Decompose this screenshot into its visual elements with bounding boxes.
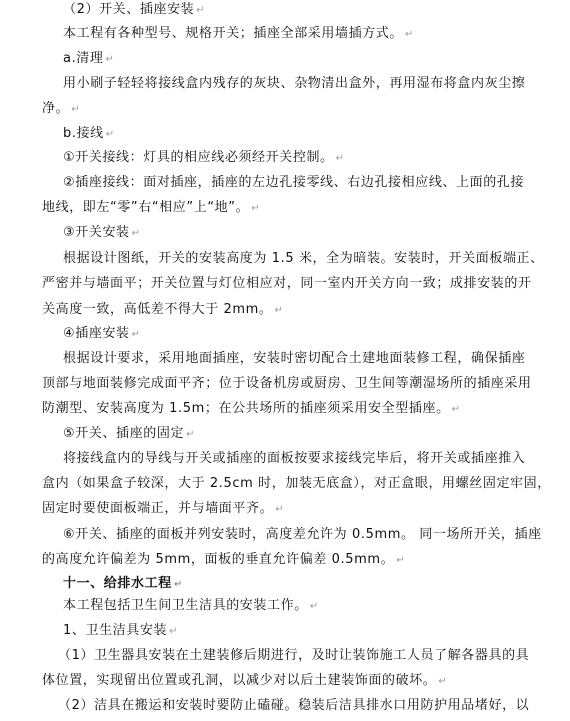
paragraph-mark-icon: ↵ bbox=[196, 5, 204, 16]
paragraph-line: 防潮型、安装高度为 1.5m；在公共场所的插座须采用安全型插座。↵ bbox=[42, 401, 460, 418]
paragraph-line: 根据设计图纸，开关的安装高度为 1.5 米，全为暗装。安装时，开关面板端正、 bbox=[63, 251, 544, 267]
paragraph-line: 将接线盒内的导线与开关或插座的面板按要求接线完毕后，将开关或插座推入 bbox=[63, 451, 525, 467]
line-text: 净。 bbox=[42, 101, 69, 116]
paragraph-line: 顶部与地面装修完成面平齐；位于设备机房或厨房、卫生间等潮湿场所的插座采用 bbox=[42, 376, 532, 392]
line-text: 顶部与地面装修完成面平齐；位于设备机房或厨房、卫生间等潮湿场所的插座采用 bbox=[42, 376, 532, 391]
section-heading-plumbing: 十一、给排水工程↵ bbox=[63, 576, 182, 593]
paragraph-mark-icon: ↵ bbox=[186, 429, 194, 440]
item-heading-switch-install: ③开关安装↵ bbox=[63, 225, 140, 242]
paragraph-mark-icon: ↵ bbox=[275, 305, 283, 316]
paragraph-line: 地线，即左“零”右“相应”上“地”。↵ bbox=[42, 200, 260, 217]
paragraph-mark-icon: ↵ bbox=[174, 579, 182, 590]
paragraph-line: 关高度一致，高低差不得大于 2mm。↵ bbox=[42, 302, 283, 319]
paragraph-line: 体位置，实现留出位置或孔洞，以减少对以后土建装饰面的破坏。↵ bbox=[42, 673, 447, 690]
paragraph-line: 本工程有各种型号、规格开关；插座全部采用墙插方式。↵ bbox=[63, 26, 413, 43]
paragraph-line: （1）卫生器具安装在土建装修后期进行，及时让装饰施工人员了解各器具的具 bbox=[58, 648, 529, 664]
line-text: 将接线盒内的导线与开关或插座的面板按要求接线完毕后，将开关或插座推入 bbox=[63, 451, 525, 466]
line-text: 的高度允许偏差为 5mm，面板的垂直允许偏差 0.5mm。 bbox=[42, 552, 394, 567]
line-text: 固定时要使面板端正，并与墙面平齐。 bbox=[42, 501, 273, 516]
line-text: a.清理 bbox=[63, 51, 104, 66]
line-text: 本工程包括卫生间卫生洁具的安装工作。 bbox=[63, 598, 308, 613]
paragraph-mark-icon: ↵ bbox=[251, 203, 259, 214]
line-text: 体位置，实现留出位置或孔洞，以减少对以后土建装饰面的破坏。 bbox=[42, 673, 436, 688]
paragraph-line: ②插座接线：面对插座，插座的左边孔接零线、右边孔接相应线、上面的孔接 bbox=[63, 175, 524, 191]
paragraph-line: 盒内（如果盒子较深，大于 2.5cm 时，加装无底盒），对正盒眼，用螺丝固定牢固… bbox=[42, 476, 551, 492]
paragraph-mark-icon: ↵ bbox=[132, 329, 140, 340]
paragraph-line: 净。↵ bbox=[42, 101, 80, 118]
line-text: ⑥开关、插座的面板并列安装时，高度差允许为 0.5mm。 同一场所开关，插座 bbox=[63, 527, 542, 542]
item-heading-cleanup: a.清理↵ bbox=[63, 51, 114, 68]
line-text: 关高度一致，高低差不得大于 2mm。 bbox=[42, 302, 273, 317]
line-text: （1）卫生器具安装在土建装修后期进行，及时让装饰施工人员了解各器具的具 bbox=[58, 648, 529, 663]
paragraph-mark-icon: ↵ bbox=[132, 228, 140, 239]
document-page: （2）开关、插座安装↵ 本工程有各种型号、规格开关；插座全部采用墙插方式。↵ a… bbox=[0, 0, 570, 721]
paragraph-line: 严密并与墙面平；开关位置与灯位相应对，同一室内开关方向一致；成排安装的开 bbox=[42, 276, 532, 292]
line-text: ①开关接线：灯具的相应线必须经开关控制。 bbox=[63, 150, 334, 165]
paragraph-mark-icon: ↵ bbox=[405, 29, 413, 40]
paragraph-mark-icon: ↵ bbox=[275, 504, 283, 515]
line-text: ②插座接线：面对插座，插座的左边孔接零线、右边孔接相应线、上面的孔接 bbox=[63, 175, 524, 190]
line-text: （2）洁具在搬运和安装时要防止磕碰。稳装后洁具排水口用防护用品堵好，以 bbox=[58, 698, 529, 713]
paragraph-mark-icon: ↵ bbox=[169, 626, 177, 637]
line-text: ④插座安装 bbox=[63, 326, 130, 341]
subsection-heading-sanitary: 1、卫生洁具安装↵ bbox=[63, 623, 177, 640]
paragraph-line: 用小刷子轻轻将接线盒内残存的灰块、杂物清出盒外，再用湿布将盒内灰尘擦 bbox=[63, 76, 525, 92]
line-text: 严密并与墙面平；开关位置与灯位相应对，同一室内开关方向一致；成排安装的开 bbox=[42, 276, 532, 291]
line-text: 盒内（如果盒子较深，大于 2.5cm 时，加装无底盒），对正盒眼，用螺丝固定牢固… bbox=[42, 476, 551, 491]
paragraph-line: ①开关接线：灯具的相应线必须经开关控制。↵ bbox=[63, 150, 344, 167]
line-text: 本工程有各种型号、规格开关；插座全部采用墙插方式。 bbox=[63, 26, 403, 41]
paragraph-line: （2）洁具在搬运和安装时要防止磕碰。稳装后洁具排水口用防护用品堵好，以 bbox=[58, 698, 529, 714]
paragraph-line: ⑥开关、插座的面板并列安装时，高度差允许为 0.5mm。 同一场所开关，插座 bbox=[63, 527, 542, 543]
line-text: 防潮型、安装高度为 1.5m；在公共场所的插座须采用安全型插座。 bbox=[42, 401, 450, 416]
line-text: b.接线 bbox=[63, 126, 104, 141]
paragraph-mark-icon: ↵ bbox=[310, 601, 318, 612]
paragraph-line: 固定时要使面板端正，并与墙面平齐。↵ bbox=[42, 501, 284, 518]
paragraph-line: 根据设计要求，采用地面插座，安装时密切配合土建地面装修工程，确保插座 bbox=[63, 351, 525, 367]
paragraph-line: 的高度允许偏差为 5mm，面板的垂直允许偏差 0.5mm。↵ bbox=[42, 552, 405, 569]
paragraph-mark-icon: ↵ bbox=[106, 54, 114, 65]
item-heading-wiring: b.接线↵ bbox=[63, 126, 114, 143]
paragraph-mark-icon: ↵ bbox=[452, 404, 460, 415]
line-text: 用小刷子轻轻将接线盒内残存的灰块、杂物清出盒外，再用湿布将盒内灰尘擦 bbox=[63, 76, 525, 91]
item-heading-fixing: ⑤开关、插座的固定↵ bbox=[63, 426, 194, 443]
paragraph-mark-icon: ↵ bbox=[336, 153, 344, 164]
paragraph-line: 本工程包括卫生间卫生洁具的安装工作。↵ bbox=[63, 598, 318, 615]
paragraph-mark-icon: ↵ bbox=[438, 676, 446, 687]
line-text: ⑤开关、插座的固定 bbox=[63, 426, 184, 441]
line-text: 根据设计要求，采用地面插座，安装时密切配合土建地面装修工程，确保插座 bbox=[63, 351, 525, 366]
line-text: （2）开关、插座安装 bbox=[63, 2, 194, 17]
line-text: 地线，即左“零”右“相应”上“地”。 bbox=[42, 200, 249, 215]
line-text: 根据设计图纸，开关的安装高度为 1.5 米，全为暗装。安装时，开关面板端正、 bbox=[63, 251, 544, 266]
item-heading-socket-install: ④插座安装↵ bbox=[63, 326, 140, 343]
paragraph-mark-icon: ↵ bbox=[71, 104, 79, 115]
line-text: 十一、给排水工程 bbox=[63, 576, 172, 591]
paragraph-mark-icon: ↵ bbox=[396, 555, 404, 566]
line-text: 1、卫生洁具安装 bbox=[63, 623, 167, 638]
line-text: ③开关安装 bbox=[63, 225, 130, 240]
paragraph-mark-icon: ↵ bbox=[106, 129, 114, 140]
subsection-heading-switch-socket: （2）开关、插座安装↵ bbox=[63, 2, 205, 19]
